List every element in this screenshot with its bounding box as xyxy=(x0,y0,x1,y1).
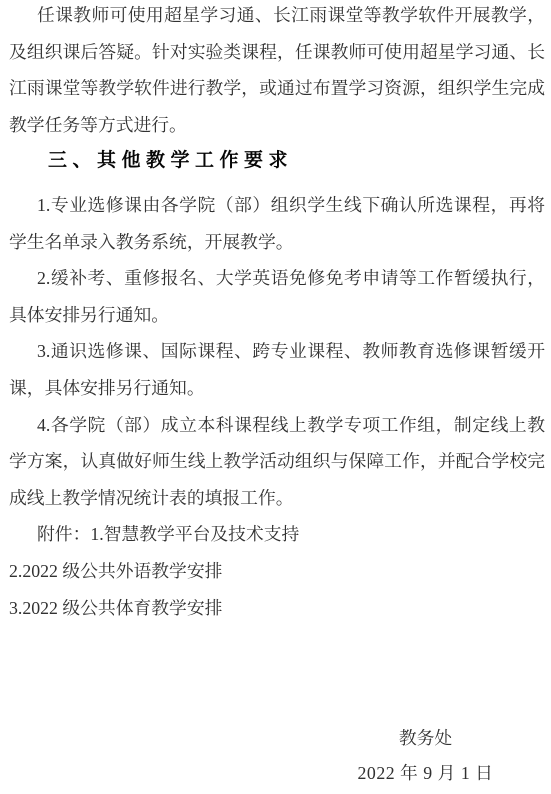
document-page: 任课教师可使用超星学习通、长江雨课堂等教学软件开展教学，及组织课后答疑。针对实验… xyxy=(0,0,551,791)
attachment-item-3: 3.2022 级公共体育教学安排 xyxy=(9,590,545,627)
attachments-label: 附件： xyxy=(37,524,90,544)
section-heading: 三、其他教学工作要求 xyxy=(9,143,545,180)
list-item-4: 4.各学院（部）成立本科课程线上教学专项工作组，制定线上教学方案，认真做好师生线… xyxy=(9,407,545,517)
list-item-2: 2.缓补考、重修报名、大学英语免修免考申请等工作暂缓执行，具体安排另行通知。 xyxy=(9,260,545,333)
list-item-1: 1.专业选修课由各学院（部）组织学生线下确认所选课程，再将学生名单录入教务系统，… xyxy=(9,187,545,260)
signature-date: 2022 年 9 月 1 日 xyxy=(348,757,503,790)
intro-paragraph: 任课教师可使用超星学习通、长江雨课堂等教学软件开展教学，及组织课后答疑。针对实验… xyxy=(9,0,545,143)
attachment-item-1: 1.智慧教学平台及技术支持 xyxy=(90,524,299,544)
signature-block: 教务处 2022 年 9 月 1 日 xyxy=(348,720,503,790)
signature-department: 教务处 xyxy=(348,720,503,757)
list-item-3: 3.通识选修课、国际课程、跨专业课程、教师教育选修课暂缓开课，具体安排另行通知。 xyxy=(9,333,545,406)
attachments-line: 附件：1.智慧教学平台及技术支持 xyxy=(9,516,545,553)
attachment-item-2: 2.2022 级公共外语教学安排 xyxy=(9,553,545,590)
